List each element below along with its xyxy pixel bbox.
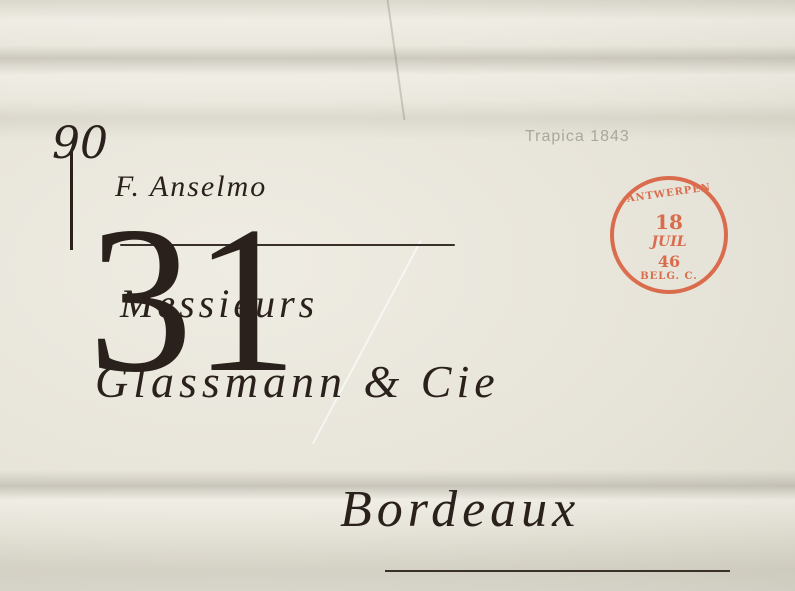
rate-marking-stroke	[70, 150, 73, 250]
postmark-town: ANTWERPEN	[614, 180, 724, 206]
postmark-country: BELG. C.	[614, 271, 724, 282]
paper-fold	[387, 0, 406, 120]
postmark: ANTWERPEN 18 JUIL 46 BELG. C.	[610, 176, 728, 294]
pencil-annotation: Trapica 1843	[525, 128, 630, 146]
city-underline	[385, 570, 730, 572]
paper-crease	[312, 240, 422, 444]
letter-cover: Trapica 1843 90 F. Anselmo 31 Messieurs …	[0, 0, 795, 591]
address-line-3: Bordeaux	[340, 480, 580, 539]
postmark-day: 18	[614, 210, 724, 234]
postmark-month: JUIL	[614, 234, 724, 250]
rate-marking: 90	[52, 118, 108, 169]
address-line-1: Messieurs	[120, 280, 318, 327]
postmark-year: 46	[614, 252, 724, 271]
address-line-2: Glassmann & Cie	[95, 355, 500, 408]
